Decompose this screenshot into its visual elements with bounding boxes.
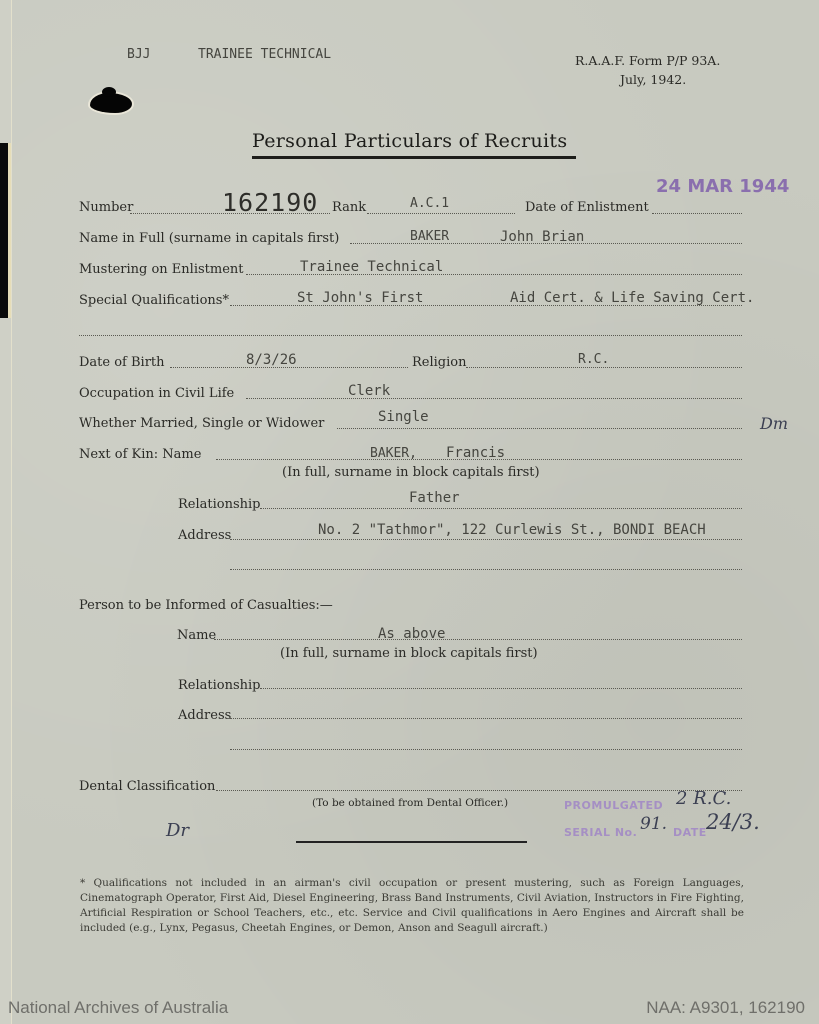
surname-value: BAKER — [410, 229, 449, 244]
qualifications-footnote: * Qualifications not included in an airm… — [80, 876, 744, 936]
next-of-kin-given: Francis — [446, 445, 505, 461]
archive-reference: NAA: A9301, 162190 — [646, 998, 805, 1018]
religion-label: Religion — [412, 355, 466, 370]
nok-relationship-value: Father — [409, 490, 460, 506]
casualty-name-value: As above — [378, 626, 445, 642]
mustering-value: Trainee Technical — [300, 259, 443, 275]
nok-address-line-2 — [230, 569, 742, 570]
religion-line — [466, 367, 742, 368]
marital-status-line — [337, 428, 742, 429]
typed-mustering: TRAINEE TECHNICAL — [198, 47, 331, 62]
given-names-value: John Brian — [500, 229, 584, 245]
archive-name: National Archives of Australia — [8, 998, 228, 1018]
initials-bottom: Dr — [166, 820, 189, 841]
dob-value: 8/3/26 — [246, 352, 297, 368]
nok-address-line — [230, 539, 742, 540]
promulgated-stamp: PROMULGATED — [564, 799, 663, 812]
date-label: DATE — [673, 826, 707, 839]
qualifications-label: Special Qualifications* — [79, 293, 229, 308]
qualifications-line-2 — [79, 335, 742, 336]
document-page: BJJ TRAINEE TECHNICAL R.A.A.F. Form P/P … — [0, 0, 819, 1024]
signature-line — [296, 841, 527, 843]
binding-strip — [0, 143, 11, 318]
title-underline — [252, 156, 576, 159]
occupation-value: Clerk — [348, 383, 390, 399]
page-title: Personal Particulars of Recruits — [252, 130, 567, 152]
casualty-relationship-label: Relationship — [178, 678, 261, 693]
casualty-name-hint: (In full, surname in block capitals firs… — [280, 646, 538, 661]
date-stamp: 24 MAR 1944 — [656, 176, 789, 197]
casualty-relationship-line — [260, 688, 742, 689]
nok-address-label: Address — [178, 528, 231, 543]
qualifications-value-2: Aid Cert. & Life Saving Cert. — [510, 290, 754, 306]
occupation-line — [246, 398, 742, 399]
serial-label: SERIAL No. — [564, 826, 637, 839]
next-of-kin-surname: BAKER, — [370, 446, 417, 461]
qualifications-value-1: St John's First — [297, 290, 423, 306]
casualty-address-label: Address — [178, 708, 231, 723]
service-number: 162190 — [222, 188, 318, 217]
casualty-name-label: Name — [177, 628, 216, 643]
serial-value: 91. — [640, 814, 667, 834]
dental-line — [216, 790, 742, 791]
casualty-address-line — [230, 718, 742, 719]
enlistment-date-line — [652, 213, 742, 214]
religion-value: R.C. — [578, 352, 609, 367]
punch-hole — [90, 93, 132, 113]
rank-label: Rank — [332, 200, 366, 215]
nok-relationship-line — [260, 508, 742, 509]
rank-value: A.C.1 — [410, 196, 449, 211]
marital-status-value: Single — [378, 409, 429, 425]
promulgated-value: 2 R.C. — [676, 788, 731, 809]
casualties-heading: Person to be Informed of Casualties:— — [79, 598, 333, 613]
full-name-label: Name in Full (surname in capitals first) — [79, 231, 339, 246]
number-label: Number — [79, 200, 133, 215]
mustering-label: Mustering on Enlistment — [79, 262, 244, 277]
marital-status-label: Whether Married, Single or Widower — [79, 416, 324, 431]
dob-label: Date of Birth — [79, 355, 165, 370]
dental-hint: (To be obtained from Dental Officer.) — [312, 797, 508, 809]
next-of-kin-hint: (In full, surname in block capitals firs… — [282, 465, 540, 480]
occupation-label: Occupation in Civil Life — [79, 386, 234, 401]
casualty-address-line-2 — [230, 749, 742, 750]
casualty-name-line — [214, 639, 742, 640]
form-number: R.A.A.F. Form P/P 93A. — [575, 53, 720, 68]
nok-address-value: No. 2 "Tathmor", 122 Curlewis St., BONDI… — [318, 522, 706, 538]
date-value: 24/3. — [706, 810, 760, 834]
next-of-kin-label: Next of Kin: Name — [79, 447, 201, 462]
rank-line — [367, 213, 515, 214]
enlistment-date-label: Date of Enlistment — [525, 200, 649, 215]
typed-code: BJJ — [127, 47, 150, 62]
nok-relationship-label: Relationship — [178, 497, 261, 512]
initials-right: Dm — [760, 414, 788, 433]
dental-label: Dental Classification — [79, 779, 215, 794]
form-date: July, 1942. — [620, 72, 686, 87]
